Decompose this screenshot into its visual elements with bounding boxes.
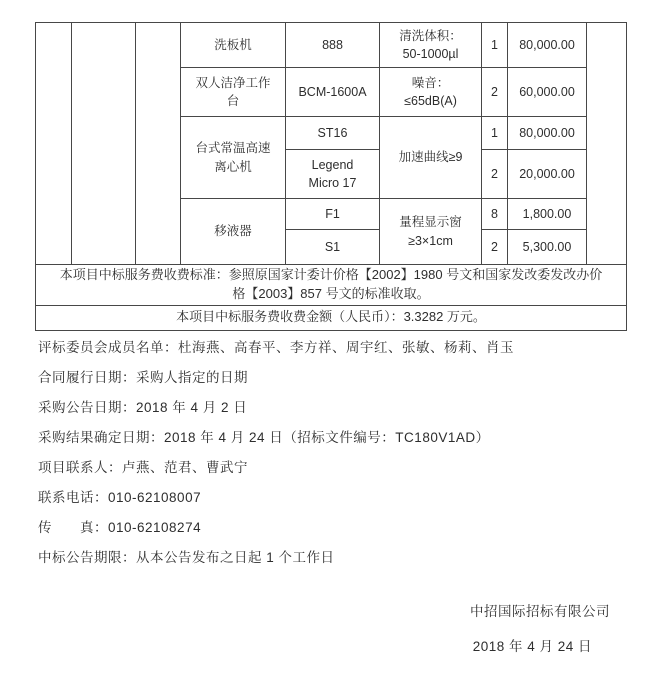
signature-date: 2018 年 4 月 24 日 — [0, 632, 592, 662]
item-qty: 1 — [482, 117, 508, 150]
item-model: Legend Micro 17 — [286, 150, 380, 199]
item-price: 20,000.00 — [508, 150, 587, 199]
evaluation-committee-line: 评标委员会成员名单：杜海燕、高春平、李方祥、周宇红、张敏、杨莉、肖玉 — [38, 333, 628, 363]
item-model: S1 — [286, 230, 380, 265]
item-model: 888 — [286, 23, 380, 68]
item-spec-line: 清洗体积： — [382, 27, 479, 45]
item-name: 移液器 — [181, 199, 286, 265]
item-spec-line: 量程显示窗 — [382, 213, 479, 231]
item-spec: 噪音： ≤65dB(A) — [380, 68, 482, 117]
item-price: 1,800.00 — [508, 199, 587, 230]
item-spec-line: ≤65dB(A) — [382, 92, 479, 110]
announcement-details: 评标委员会成员名单：杜海燕、高春平、李方祥、周宇红、张敏、杨莉、肖玉 合同履行日… — [38, 333, 628, 573]
empty-cell — [587, 23, 627, 265]
item-name-line: 台式常温高速 — [183, 139, 283, 157]
table-row-note: 本项目中标服务费收费标准：参照原国家计委计价格【2002】1980 号文和国家发… — [36, 265, 627, 306]
empty-cell — [136, 23, 181, 265]
item-name: 洗板机 — [181, 23, 286, 68]
item-qty: 8 — [482, 199, 508, 230]
item-name-line: 离心机 — [183, 158, 283, 176]
project-contacts-line: 项目联系人：卢燕、范君、曹武宁 — [38, 453, 628, 483]
item-model-line: Legend — [288, 156, 377, 174]
item-spec: 加速曲线≥9 — [380, 117, 482, 199]
item-qty: 1 — [482, 23, 508, 68]
announcement-period-line: 中标公告期限：从本公告发布之日起 1 个工作日 — [38, 543, 628, 573]
item-spec: 清洗体积： 50-1000µl — [380, 23, 482, 68]
note-line: 本项目中标服务费收费标准：参照原国家计委计价格【2002】1980 号文和国家发… — [38, 266, 624, 285]
contact-phone-line: 联系电话：010-62108007 — [38, 483, 628, 513]
table-row: 洗板机 888 清洗体积： 50-1000µl 1 80,000.00 — [36, 23, 627, 68]
item-price: 5,300.00 — [508, 230, 587, 265]
item-spec: 量程显示窗 ≥3×1cm — [380, 199, 482, 265]
result-confirmation-date-line: 采购结果确定日期：2018 年 4 月 24 日（招标文件编号：TC180V1A… — [38, 423, 628, 453]
item-price: 60,000.00 — [508, 68, 587, 117]
item-price: 80,000.00 — [508, 117, 587, 150]
item-spec-line: 噪音： — [382, 74, 479, 92]
item-model-line: Micro 17 — [288, 174, 377, 192]
note-line: 格【2003】857 号文的标准收取。 — [38, 285, 624, 304]
item-model: BCM-1600A — [286, 68, 380, 117]
item-name-line: 台 — [183, 92, 283, 110]
empty-cell — [36, 23, 72, 265]
item-name: 台式常温高速 离心机 — [181, 117, 286, 199]
item-spec-line: 50-1000µl — [382, 45, 479, 63]
item-model: F1 — [286, 199, 380, 230]
item-qty: 2 — [482, 230, 508, 265]
item-name: 双人洁净工作 台 — [181, 68, 286, 117]
contract-performance-date-line: 合同履行日期：采购人指定的日期 — [38, 363, 628, 393]
service-fee-amount-note: 本项目中标服务费收费金额（人民币）：3.3282 万元。 — [36, 305, 627, 330]
item-model: ST16 — [286, 117, 380, 150]
procurement-announcement-date-line: 采购公告日期：2018 年 4 月 2 日 — [38, 393, 628, 423]
item-spec-line: ≥3×1cm — [382, 232, 479, 250]
company-signature: 中招国际招标有限公司 — [0, 597, 610, 627]
item-name-line: 双人洁净工作 — [183, 74, 283, 92]
item-qty: 2 — [482, 150, 508, 199]
item-price: 80,000.00 — [508, 23, 587, 68]
service-fee-standard-note: 本项目中标服务费收费标准：参照原国家计委计价格【2002】1980 号文和国家发… — [36, 265, 627, 306]
document-page: 洗板机 888 清洗体积： 50-1000µl 1 80,000.00 双人洁净… — [0, 0, 662, 700]
item-qty: 2 — [482, 68, 508, 117]
table-row-note: 本项目中标服务费收费金额（人民币）：3.3282 万元。 — [36, 305, 627, 330]
bid-items-table: 洗板机 888 清洗体积： 50-1000µl 1 80,000.00 双人洁净… — [35, 22, 627, 331]
fax-line: 传 真：010-62108274 — [38, 513, 628, 543]
empty-cell — [72, 23, 136, 265]
